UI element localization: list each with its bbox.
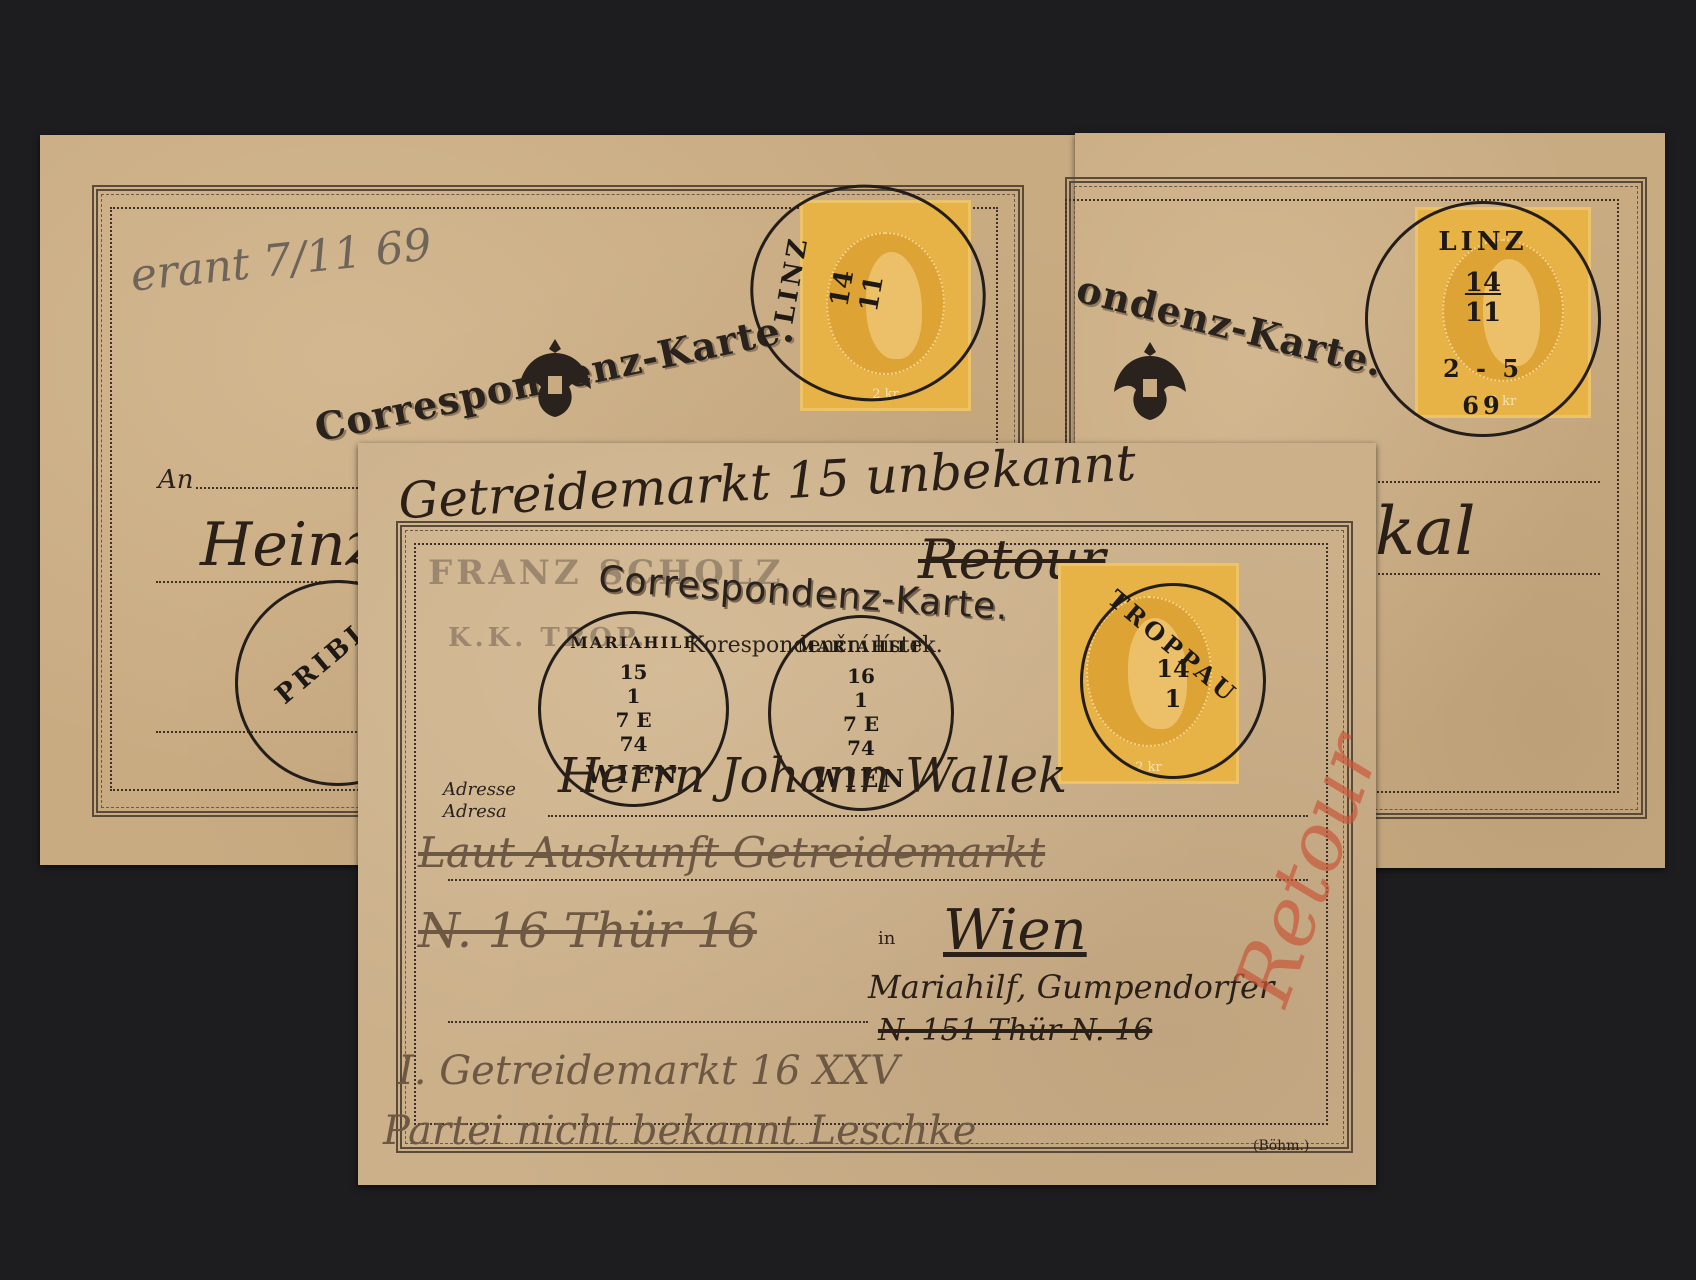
city-handwriting: Wien — [943, 898, 1087, 963]
double-eagle-icon — [515, 335, 595, 421]
mariahilf-line: Mariahilf, Gumpendorfer — [868, 968, 1274, 1006]
double-eagle-icon — [1110, 338, 1190, 424]
address-label: An — [158, 465, 194, 495]
struck-address-line-1: Laut Auskunft Getreidemarkt — [418, 828, 1045, 877]
address-label-czech: Adresa — [443, 801, 507, 822]
address-line — [448, 879, 1308, 881]
struck-bottom-line: I. Getreidemarkt 16 XXV — [398, 1048, 899, 1094]
postmark-troppau: TROPPAU 141 — [1080, 583, 1266, 779]
recipient-handwriting: Herrn Johann Wallek — [558, 748, 1067, 804]
handwriting-top-line: Getreidemarkt 15 unbekannt — [397, 434, 1137, 531]
in-label: in — [878, 928, 895, 949]
address-line — [448, 1021, 868, 1023]
printer-note: (Böhm.) — [1253, 1138, 1309, 1154]
addressee-handwriting: Heinz — [200, 510, 377, 580]
address-line — [548, 815, 1308, 817]
addressee-handwriting: kal — [1375, 493, 1475, 570]
bottom-note: Partei nicht bekannt Leschke — [383, 1108, 976, 1154]
struck-address-line-3: N. 151 Thür N. 16 — [878, 1013, 1152, 1048]
postmark-linz: LINZ 1411 2 - 5 69 — [1365, 201, 1601, 437]
address-label-german: Adresse — [443, 779, 516, 800]
struck-address-line-2: N. 16 Thür 16 — [418, 903, 757, 959]
postcard-troppau-front: Getreidemarkt 15 unbekannt Retour FRANZ … — [358, 443, 1376, 1185]
